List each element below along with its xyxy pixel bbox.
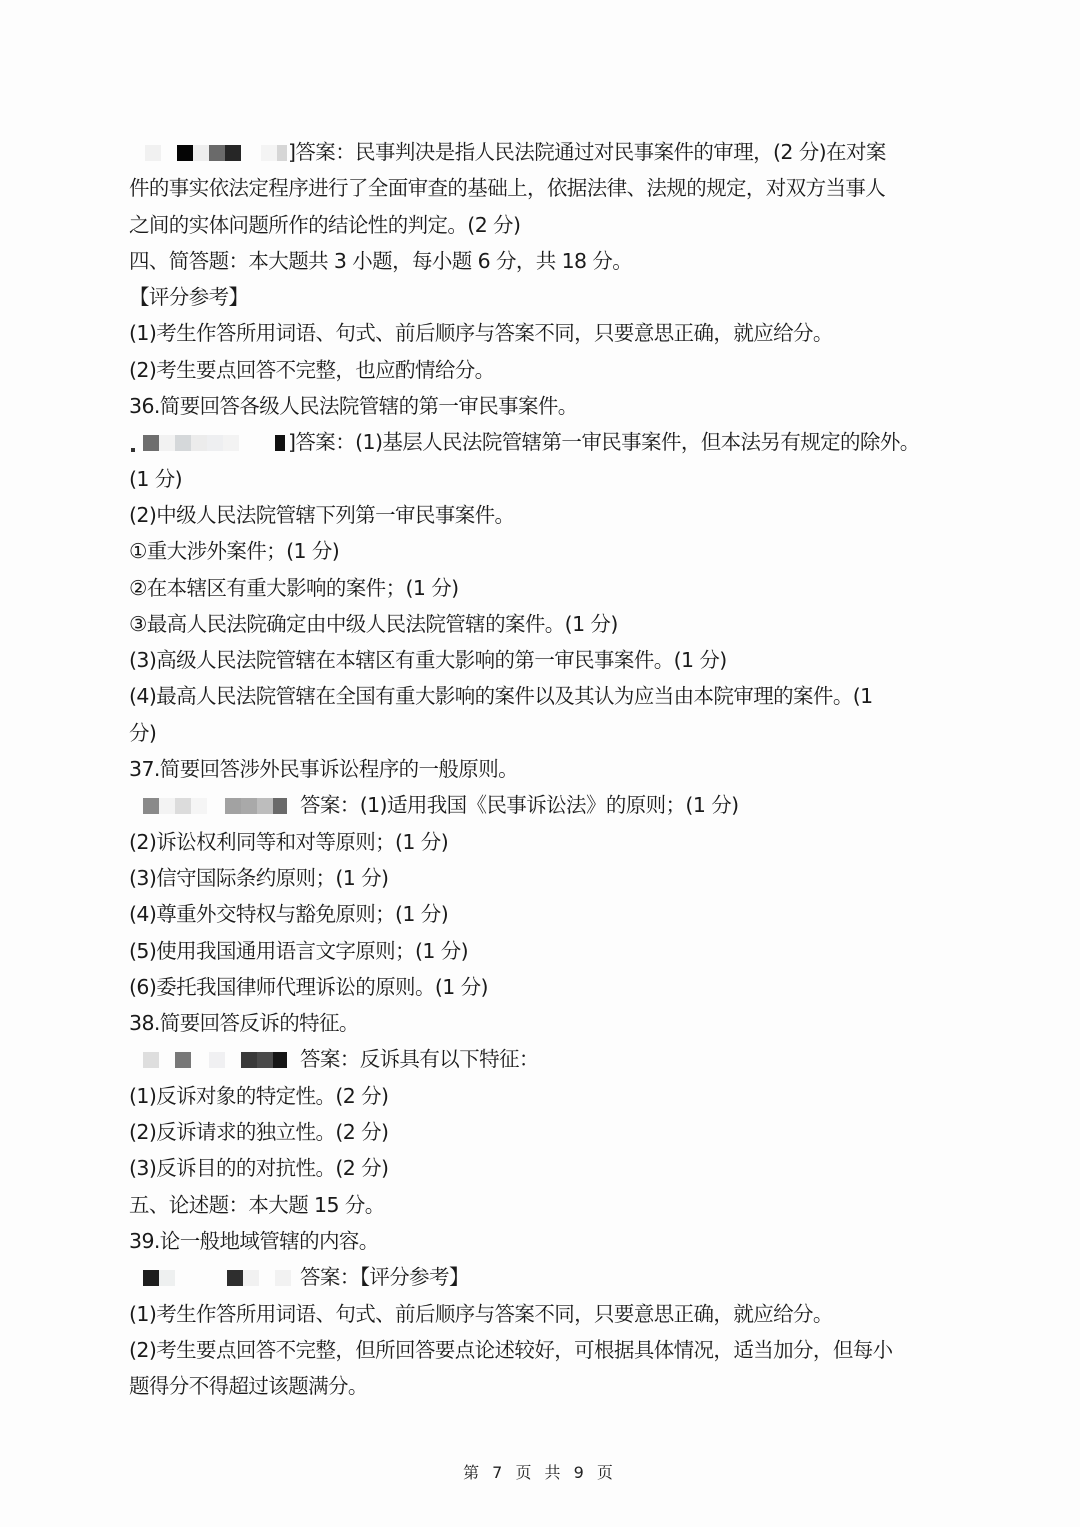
text-line: (1)考生作答所用词语、句式、前后顺序与答案不同，只要意思正确，就应给分。	[129, 315, 959, 351]
text-line: (2)考生要点回答不完整，但所回答要点论述较好，可根据具体情况，适当加分，但每小	[129, 1332, 959, 1368]
question-36: 36.简要回答各级人民法院管辖的第一审民事案件。	[129, 388, 959, 424]
redaction-block	[129, 141, 287, 163]
text-line: 件的事实依法定程序进行了全面审查的基础上，依据法律、法规的规定，对双方当事人	[129, 170, 959, 206]
text-line: (1 分)	[129, 461, 959, 497]
list-item: (4)尊重外交特权与豁免原则；(1 分)	[129, 896, 959, 932]
redaction-block	[129, 794, 299, 816]
list-item: ②在本辖区有重大影响的案件；(1 分)	[129, 570, 959, 606]
page-number-footer: 第 7 页 共 9 页	[0, 1460, 1080, 1483]
redaction-block	[129, 1266, 299, 1288]
text-line: 题得分不得超过该题满分。	[129, 1368, 959, 1404]
redaction-block	[129, 431, 287, 453]
text-line: 之间的实体问题所作的结论性的判定。(2 分)	[129, 207, 959, 243]
answer-line: 答案：反诉具有以下特征：	[129, 1041, 959, 1077]
document-page: ]答案：民事判决是指人民法院通过对民事案件的审理，(2 分)在对案 件的事实依法…	[0, 0, 1080, 1527]
list-item: (3)信守国际条约原则；(1 分)	[129, 860, 959, 896]
list-item: (6)委托我国律师代理诉讼的原则。(1 分)	[129, 969, 959, 1005]
answer-line: ]答案：民事判决是指人民法院通过对民事案件的审理，(2 分)在对案	[129, 134, 959, 170]
document-body: ]答案：民事判决是指人民法院通过对民事案件的审理，(2 分)在对案 件的事实依法…	[129, 134, 959, 1404]
scoring-reference-heading: 【评分参考】	[129, 279, 959, 315]
list-item: (2)反诉请求的独立性。(2 分)	[129, 1114, 959, 1150]
answer-text: 答案：【评分参考】	[300, 1265, 469, 1289]
list-item: ①重大涉外案件；(1 分)	[129, 533, 959, 569]
text-line: (3)高级人民法院管辖在本辖区有重大影响的第一审民事案件。(1 分)	[129, 642, 959, 678]
text-line: (1)考生作答所用词语、句式、前后顺序与答案不同，只要意思正确，就应给分。	[129, 1296, 959, 1332]
list-item: ③最高人民法院确定由中级人民法院管辖的案件。(1 分)	[129, 606, 959, 642]
section-heading: 五、论述题：本大题 15 分。	[129, 1187, 959, 1223]
text-line: (2)中级人民法院管辖下列第一审民事案件。	[129, 497, 959, 533]
list-item: (1)反诉对象的特定性。(2 分)	[129, 1078, 959, 1114]
answer-line: 答案：(1)适用我国《民事诉讼法》的原则；(1 分)	[129, 787, 959, 823]
list-item: (2)诉讼权利同等和对等原则；(1 分)	[129, 824, 959, 860]
question-37: 37.简要回答涉外民事诉讼程序的一般原则。	[129, 751, 959, 787]
redaction-block	[129, 1048, 299, 1070]
answer-text: 答案：(1)适用我国《民事诉讼法》的原则；(1 分)	[300, 793, 739, 817]
list-item: (3)反诉目的的对抗性。(2 分)	[129, 1150, 959, 1186]
section-heading: 四、简答题：本大题共 3 小题，每小题 6 分，共 18 分。	[129, 243, 959, 279]
text-line: 分)	[129, 715, 959, 751]
list-item: (5)使用我国通用语言文字原则；(1 分)	[129, 933, 959, 969]
answer-line: ]答案：(1)基层人民法院管辖第一审民事案件，但本法另有规定的除外。	[129, 424, 959, 460]
answer-text: ]答案：(1)基层人民法院管辖第一审民事案件，但本法另有规定的除外。	[288, 430, 920, 454]
answer-text: 答案：反诉具有以下特征：	[300, 1047, 539, 1071]
question-38: 38.简要回答反诉的特征。	[129, 1005, 959, 1041]
answer-text: ]答案：民事判决是指人民法院通过对民事案件的审理，(2 分)在对案	[288, 140, 886, 164]
text-line: (4)最高人民法院管辖在全国有重大影响的案件以及其认为应当由本院审理的案件。(1	[129, 678, 959, 714]
text-line: (2)考生要点回答不完整，也应酌情给分。	[129, 352, 959, 388]
question-39: 39.论一般地域管辖的内容。	[129, 1223, 959, 1259]
answer-line: 答案：【评分参考】	[129, 1259, 959, 1295]
